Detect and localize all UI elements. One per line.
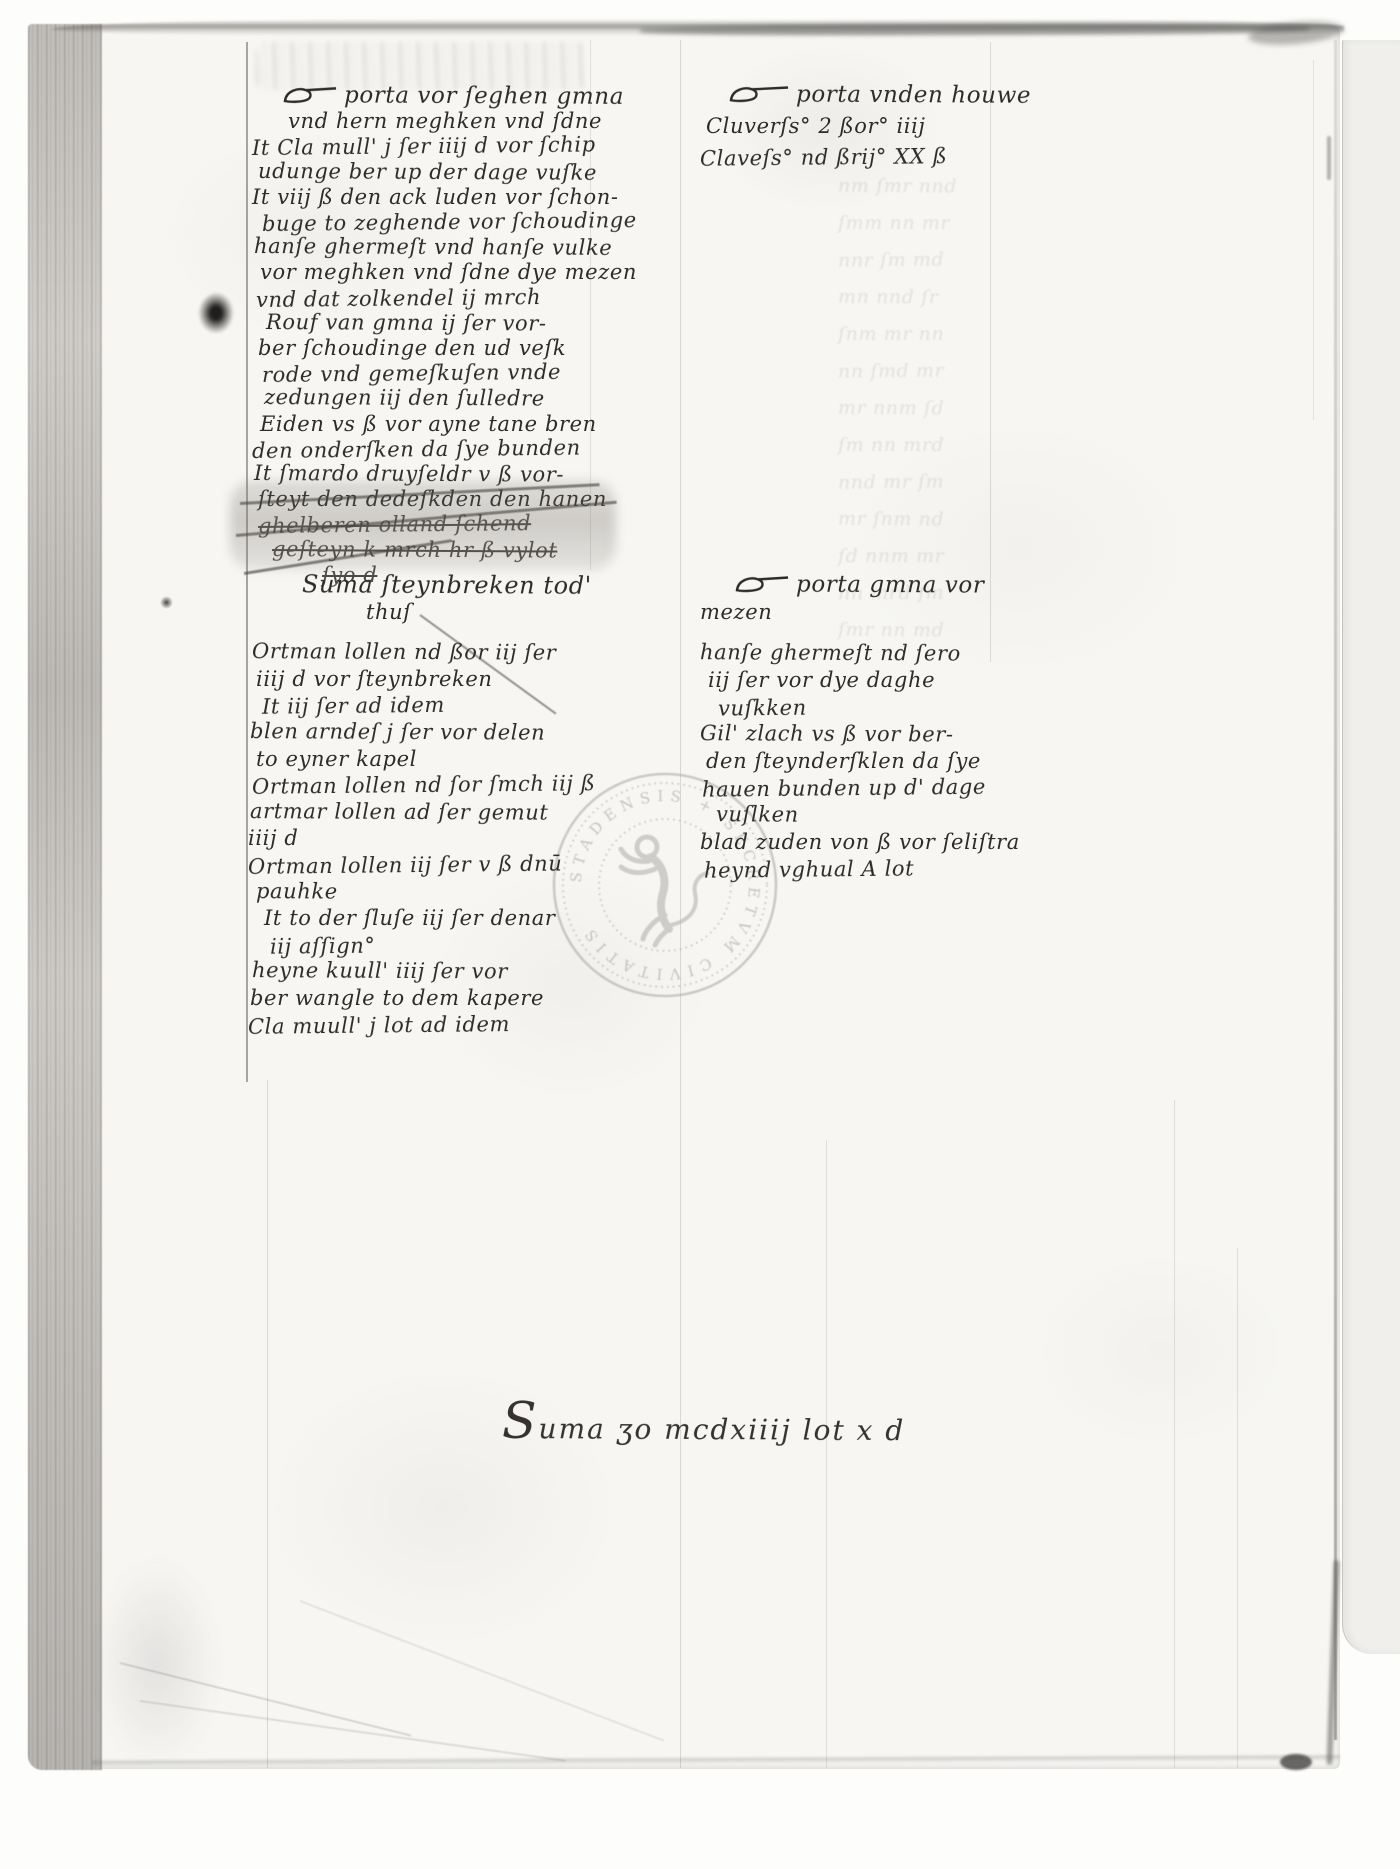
ghost-line: mr nnm ſd — [838, 390, 957, 428]
bottom-right-ink-mark — [1280, 1754, 1312, 1770]
heading-text: porta vnden houwe — [796, 80, 1031, 112]
ghost-line: mn nnd ſr — [838, 279, 957, 317]
entry-line: heynd vghual A lot — [704, 854, 1020, 884]
entry-line: to eyner kapel — [256, 746, 595, 773]
fold-crease — [1313, 60, 1314, 420]
entry-line: pauhke — [256, 878, 596, 906]
entry-line: den onderſken da ſye bunden — [252, 435, 637, 464]
paraph-icon — [282, 85, 338, 107]
entry-line: Cla muull' j lot ad idem — [248, 1010, 596, 1040]
entry-line: udunge ber up der dage vuſke — [258, 159, 637, 186]
entry-line: hanſe ghermeſt vnd hanſe vulke — [254, 234, 637, 261]
entry-line: blen arndeſ j ſer vor delen — [250, 718, 596, 746]
heading-text: porta gmna vor — [796, 572, 985, 600]
manuscript-scan: STADENSIS + SECRETVM CIVITATIS nm ſmr nn… — [0, 0, 1400, 1869]
paraph-icon — [728, 84, 790, 106]
ghost-line: nm ſmr nnd — [838, 168, 957, 206]
block-heading: porta gmna vor — [734, 571, 1020, 599]
entry-line: blad zuden von ß vor ſeliſtra — [700, 829, 1020, 856]
entry-line: Ortman lollen nd ſor ſmch iij ß — [252, 770, 596, 800]
fold-crease — [1237, 1248, 1238, 1768]
ghost-line: nnd mr ſm — [838, 463, 957, 501]
entry-line: It Cla mull' j ſer iiij d vor ſchip — [252, 132, 637, 161]
seal-lion-motif — [621, 837, 707, 945]
entry-line: rode vnd gemeſkuſen vnde — [262, 359, 637, 388]
entry-line: Gil' zlach vs ß vor ber- — [700, 720, 1020, 749]
book-binding-edge — [28, 24, 102, 1770]
entry-line: ber wangle to dem kapere — [250, 985, 595, 1012]
ghost-line: ſd nnm mr — [838, 538, 957, 575]
entry-line: hauen bunden up d' dage — [702, 773, 1020, 803]
fold-crease — [1174, 1100, 1175, 1768]
entry-line: vuſlken — [716, 801, 1020, 830]
block-heading: porta vor ſeghen gmna — [282, 83, 637, 110]
block-subheading: mezen — [700, 599, 1020, 626]
entry-line: ber ſchoudinge den ud veſk — [258, 336, 637, 361]
entry-line: buge to zeghende vor ſchoudinge — [262, 208, 637, 237]
fold-crease — [826, 1140, 827, 1768]
sum-block: Suma ʒo mcdxiiij lot x d — [502, 1392, 905, 1451]
lion-head — [637, 837, 657, 857]
entry-line: vnd hern meghken vnd ſdne — [288, 109, 637, 134]
lion-foreleg-lower — [621, 867, 655, 873]
ghost-line: nnr ſm md — [838, 241, 957, 279]
ink-speck — [160, 596, 173, 609]
entry-line: iiij d — [248, 825, 595, 852]
entry-line: zedungen iij den ſulledre — [264, 385, 637, 412]
underlying-page-edge — [1342, 40, 1400, 1654]
entry-line: hanſe ghermeſt nd ſero — [700, 639, 1020, 668]
entry-line: iij aſſign° — [270, 930, 596, 960]
sum-line: Suma ʒo mcdxiiij lot x d — [502, 1391, 906, 1452]
ghost-line: nn ſmd mr — [838, 352, 957, 390]
entry-block-mid-right: porta gmna vor mezen hanſe ghermeſt nd ſ… — [700, 572, 1020, 883]
entry-line: heyne kuull' iiij ſer vor — [252, 957, 596, 985]
entry-block-top-right: porta vnden houwe Cluverſs° 2 ßor° iiij … — [700, 80, 1031, 173]
entry-line: It viij ß den ack luden vor ſchon- — [252, 185, 637, 210]
paraph-icon — [734, 574, 790, 596]
entry-line: Claveſs° nd ßrij° XX ß — [700, 140, 1031, 174]
ghost-line: ſm nn mrd — [838, 427, 957, 464]
heading-text: porta vor ſeghen gmna — [344, 83, 624, 110]
entry-line: Eiden vs ß vor ayne tane bren — [260, 412, 637, 437]
fold-crease — [267, 1080, 268, 1768]
lion-hindleg — [655, 929, 669, 945]
block-heading: porta vnden houwe — [728, 79, 1031, 112]
block-heading: Suma ſteynbreken tod' — [302, 571, 596, 599]
entry-line: den ſteynderſklen da ſye — [706, 748, 1020, 775]
entry-line: Ortman lollen nd ßor iij ſer — [252, 638, 596, 666]
spacer — [700, 626, 1020, 640]
bottom-left-crumple-shading — [92, 1556, 222, 1771]
entry-line: It to der ſluſe iij ſer denar — [264, 905, 595, 932]
entry-line: Cluverſs° 2 ßor° iiij — [706, 111, 1031, 142]
ghost-line: ſmm nn mr — [838, 205, 957, 242]
spacer — [248, 625, 595, 639]
entry-line: vuſkken — [718, 692, 1020, 722]
entry-line: Ortman lollen iij ſer v ß dnū — [248, 850, 596, 880]
entry-line: vnd dat zolkendel ij mrch — [256, 284, 637, 313]
entry-line: Rouf van gmna ij ſer vor- — [266, 310, 637, 337]
entry-block-mid-left: Suma ſteynbreken tod' thuſ Ortman lollen… — [248, 572, 595, 1038]
right-edge-small-mark — [1327, 136, 1331, 180]
page-right-edge — [1334, 40, 1337, 1740]
entry-line: iiij d vor ſteynbreken — [256, 666, 595, 693]
entry-line: vor meghken vnd ſdne dye mezen — [260, 260, 637, 285]
ghost-line: mr ſnm nd — [838, 501, 957, 539]
block-subheading: thuſ — [366, 599, 595, 626]
entry-line: artmar lollen ad ſer gemut — [250, 798, 596, 826]
ghost-line: ſnm mr nn — [838, 316, 957, 353]
entry-line: iij ſer vor dye daghe — [708, 667, 1020, 694]
